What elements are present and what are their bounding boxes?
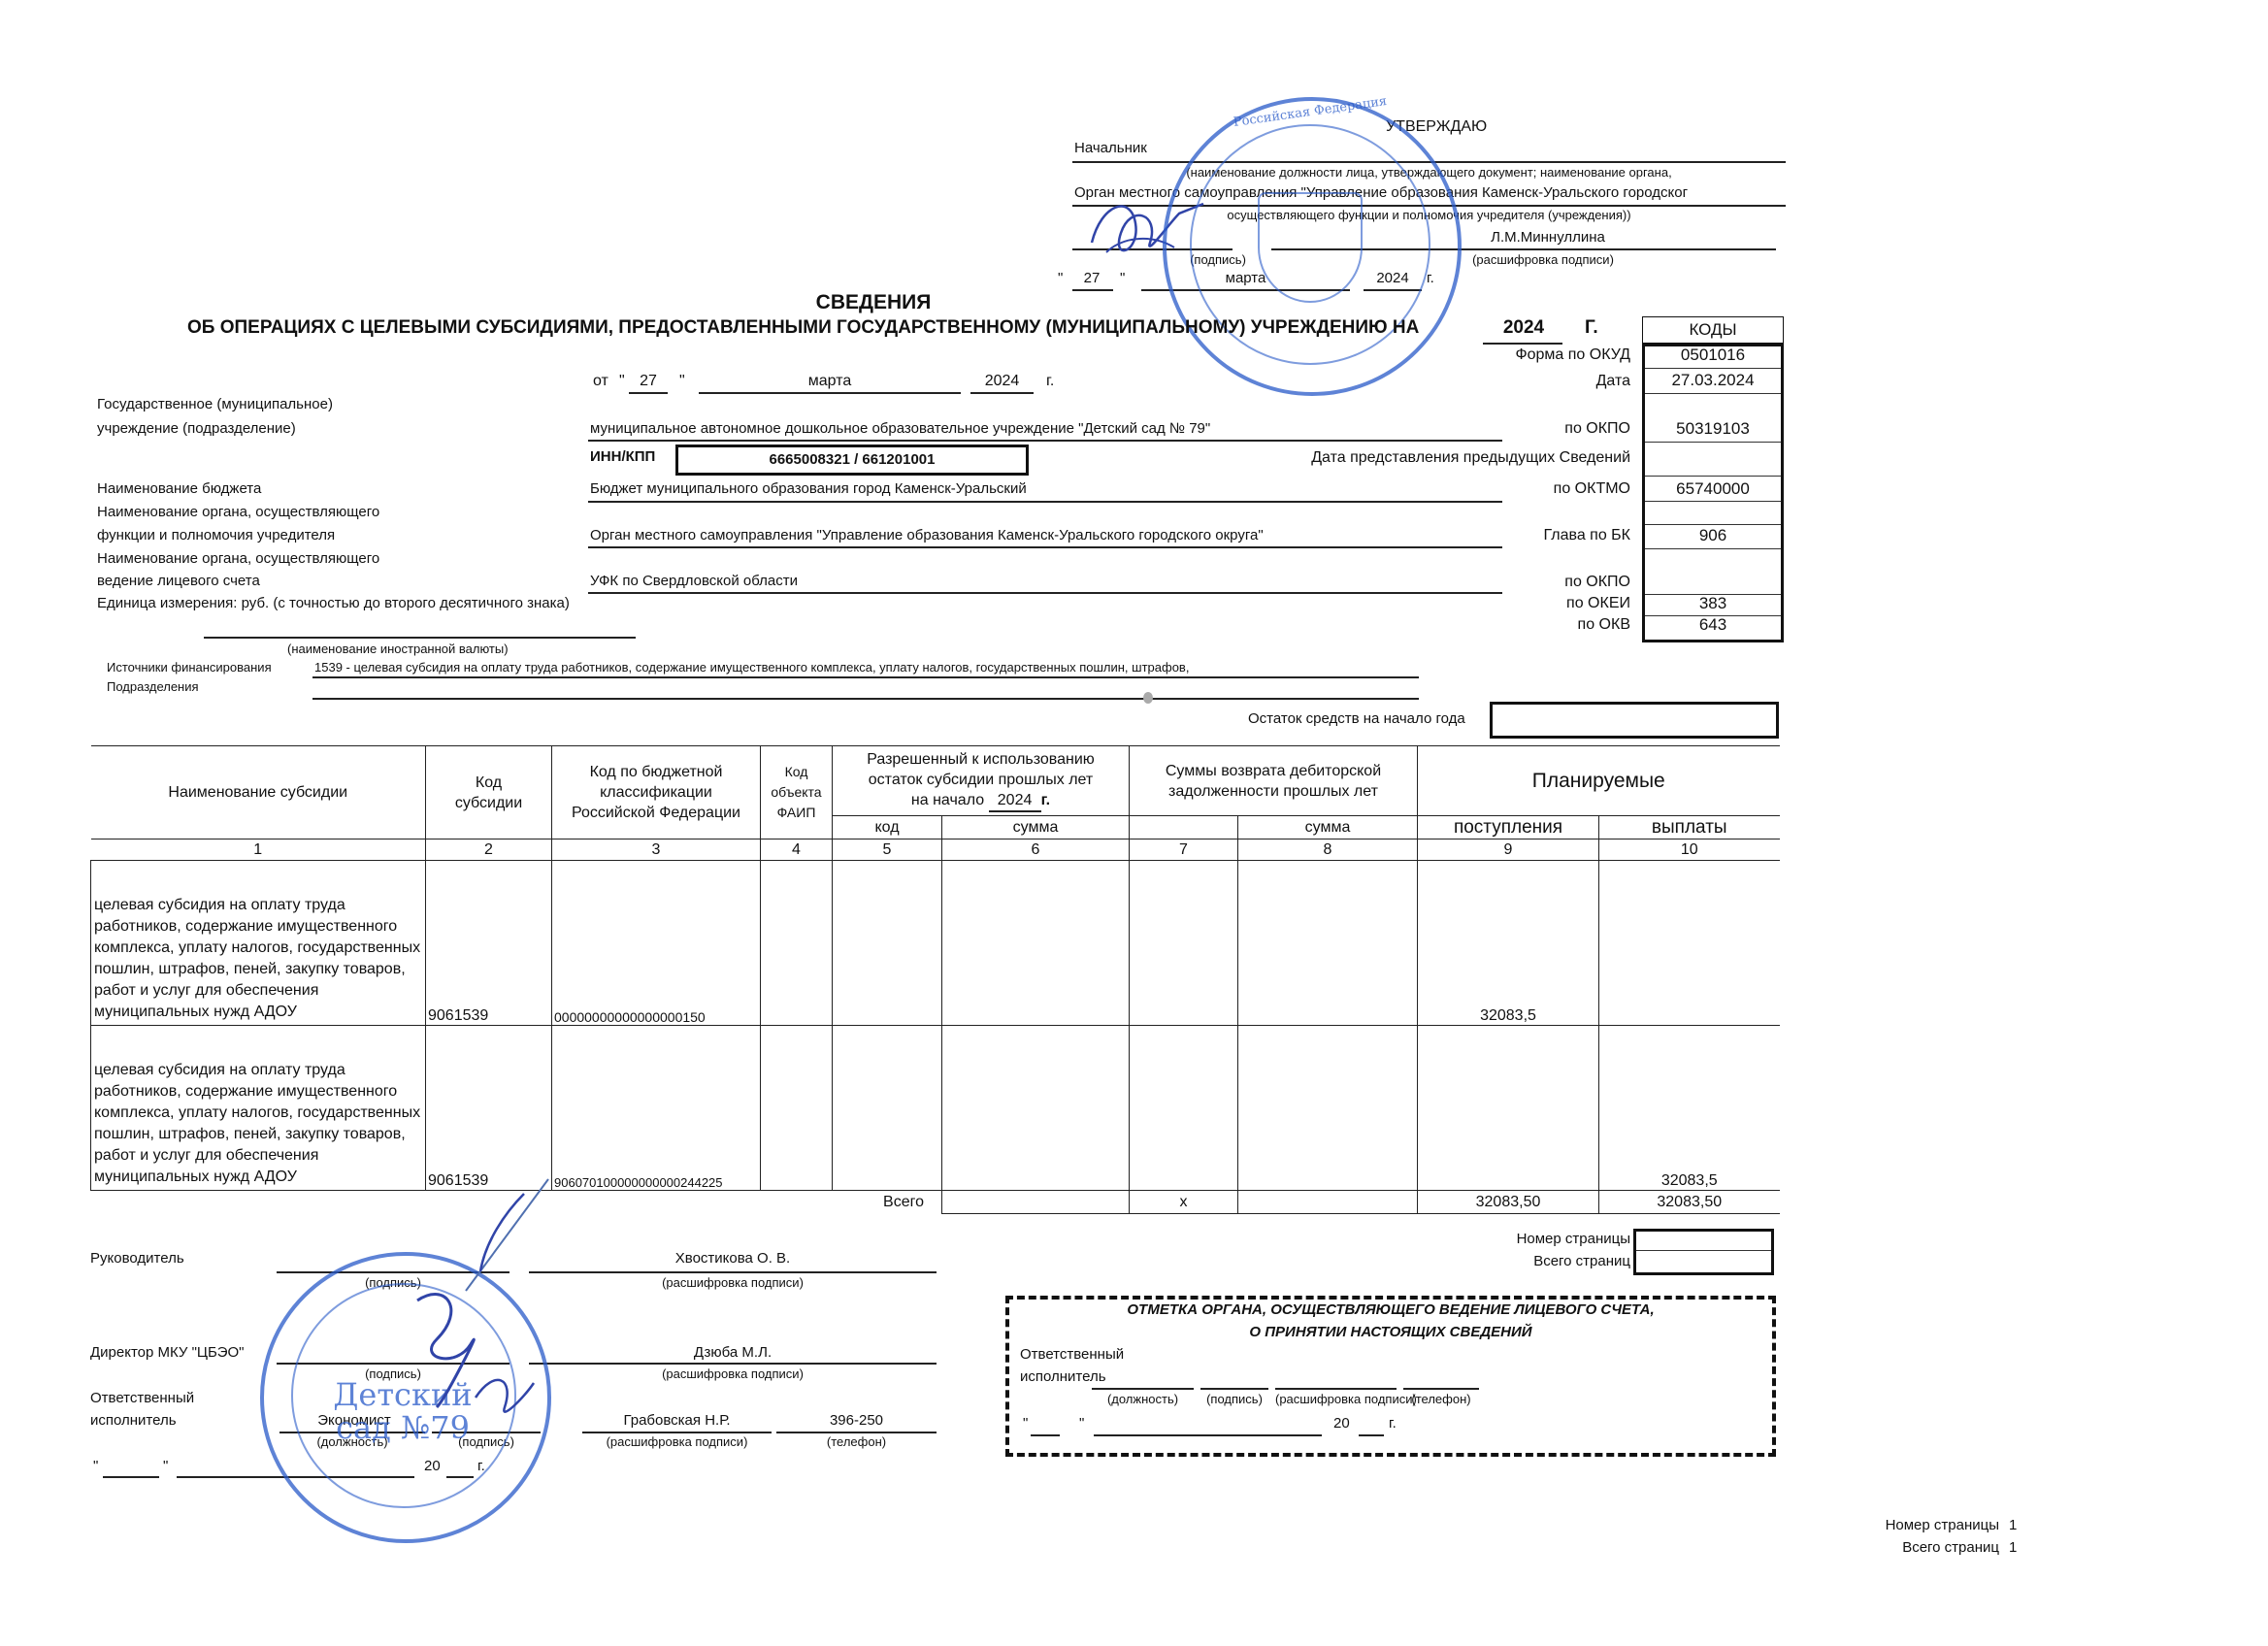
codes-header: КОДЫ <box>1643 317 1783 342</box>
divider <box>776 1432 937 1433</box>
header-planned: Планируемые <box>1418 746 1780 816</box>
director-name: Дзюба М.Л. <box>529 1344 937 1361</box>
footer-page-number-label: Номер страницы <box>1844 1517 1999 1533</box>
doc-title: СВЕДЕНИЯ <box>679 291 1068 314</box>
date-prefix: от <box>593 373 608 390</box>
subsidy-code: 9061539 <box>426 861 552 1026</box>
label-okv: по ОКВ <box>1339 616 1630 634</box>
total-row: Всего x 32083,50 32083,50 <box>91 1191 1780 1214</box>
approval-day: 27 <box>1072 270 1111 286</box>
header-code: код <box>833 816 942 839</box>
divider <box>529 1271 937 1273</box>
institution-value: муниципальное автономное дошкольное обра… <box>590 420 1210 437</box>
header-subsidy-name: Наименование субсидии <box>91 746 426 839</box>
executor-label-2: исполнитель <box>90 1412 177 1429</box>
founder-label-2: функции и полномочия учредителя <box>97 527 335 543</box>
head-name: Хвостикова О. В. <box>529 1250 937 1267</box>
divider <box>588 501 1502 503</box>
header-remaining-text: Разрешенный к использованию остаток субс… <box>835 749 1127 790</box>
total-payments: 32083,50 <box>1599 1191 1780 1214</box>
label-okpo: по ОКПО <box>1339 420 1630 438</box>
approver-position: Начальник <box>1074 140 1147 156</box>
divider <box>588 440 1502 442</box>
divider <box>582 1432 772 1433</box>
subsidy-code: 9061539 <box>426 1026 552 1191</box>
inn-label: ИНН/КПП <box>590 448 655 465</box>
balance-label: Остаток средств на начало года <box>1248 710 1465 727</box>
budget-label: Наименование бюджета <box>97 480 261 497</box>
bcc-code: 00000000000000000150 <box>552 861 761 1026</box>
code-okud: 0501016 <box>1645 346 1781 365</box>
treasury-title-2: О ПРИНЯТИИ НАСТОЯЩИХ СВЕДЕНИЙ <box>1005 1324 1776 1340</box>
subsidy-name: целевая субсидия на оплату труда работни… <box>91 861 426 1026</box>
date-day: 27 <box>629 373 668 390</box>
label-date: Дата <box>1339 373 1630 390</box>
label-okud: Форма по ОКУД <box>1339 346 1630 364</box>
unit-label: Единица измерения: руб. (с точностью до … <box>97 595 570 611</box>
divider <box>588 546 1502 548</box>
inn-box: 6665008321 / 661201001 <box>675 444 1029 476</box>
header-bcc: Код по бюджетной классификации Российско… <box>552 746 761 839</box>
payments-value: 32083,5 <box>1599 1026 1780 1191</box>
header-remaining-year: на начало 2024г. <box>835 790 1127 812</box>
budget-value: Бюджет муниципального образования город … <box>590 480 1027 497</box>
header-subsidy-code: Код субсидии <box>426 746 552 839</box>
quote-open: " <box>1058 270 1063 286</box>
divider <box>629 392 668 394</box>
doc-year-suffix: Г. <box>1585 317 1598 339</box>
divider <box>1483 343 1562 345</box>
institution-label-1: Государственное (муниципальное) <box>97 396 333 412</box>
institution-label-2: учреждение (подразделение) <box>97 420 296 437</box>
label-glava-bk: Глава по БК <box>1339 527 1630 544</box>
director-label: Директор МКУ "ЦБЭО" <box>90 1344 244 1361</box>
divider <box>588 592 1502 594</box>
inn-value: 6665008321 / 661201001 <box>678 447 1026 473</box>
label-oktmo: по ОКТМО <box>1339 480 1630 498</box>
header-payments: выплаты <box>1599 816 1780 839</box>
founder-label-1: Наименование органа, осуществляющего <box>97 504 379 520</box>
executor-label-1: Ответственный <box>90 1390 194 1406</box>
payments-value <box>1599 861 1780 1026</box>
header-remaining: Разрешенный к использованию остаток субс… <box>833 746 1130 816</box>
bcc-code: 906070100000000000244225 <box>552 1026 761 1191</box>
subsidies-table: Наименование субсидии Код субсидии Код п… <box>90 745 1780 1214</box>
executor-name: Грабовская Н.Р. <box>582 1412 772 1429</box>
label-prev-date: Дата представления предыдущих Сведений <box>1242 449 1630 467</box>
doc-subtitle: ОБ ОПЕРАЦИЯХ С ЦЕЛЕВЫМИ СУБСИДИЯМИ, ПРЕД… <box>187 317 1419 339</box>
footer-page-number: 1 <box>2009 1517 2017 1533</box>
header-receivables: Суммы возврата дебиторской задолженности… <box>1130 746 1418 816</box>
codes-header-cell: КОДЫ <box>1642 316 1784 344</box>
table-row: целевая субсидия на оплату труда работни… <box>91 861 1780 1026</box>
code-okei: 383 <box>1645 594 1781 613</box>
footer-total-pages-label: Всего страниц <box>1844 1539 1999 1556</box>
code-okv: 643 <box>1645 615 1781 635</box>
account-value: УФК по Свердловской области <box>590 573 798 589</box>
currency-caption: (наименование иностранной валюты) <box>287 642 509 656</box>
divider <box>312 676 1419 678</box>
receipts-value: 32083,5 <box>1418 861 1599 1026</box>
column-numbers-row: 1 2 3 4 5 6 7 8 9 10 <box>91 839 1780 861</box>
total-c7: x <box>1130 1191 1238 1214</box>
coat-of-arms-icon <box>1258 192 1363 303</box>
label-okei: по ОКЕИ <box>1339 595 1630 612</box>
treasury-title-1: ОТМЕТКА ОРГАНА, ОСУЩЕСТВЛЯЮЩЕГО ВЕДЕНИЕ … <box>1005 1301 1776 1318</box>
account-label-1: Наименование органа, осуществляющего <box>97 550 379 567</box>
subsidy-name: целевая субсидия на оплату труда работни… <box>91 1026 426 1191</box>
code-okpo: 50319103 <box>1645 419 1781 439</box>
total-receipts: 32083,50 <box>1418 1191 1599 1214</box>
account-label-2: ведение лицевого счета <box>97 573 260 589</box>
total-pages-label: Всего страниц <box>1339 1253 1630 1269</box>
head-label: Руководитель <box>90 1250 184 1267</box>
treasury-mark-box <box>1005 1296 1776 1457</box>
executor-phone: 396-250 <box>776 1412 937 1429</box>
division-line <box>312 698 1419 700</box>
signature-scribble <box>378 1174 573 1436</box>
date-month: марта <box>699 373 961 390</box>
header-c7 <box>1130 816 1238 839</box>
code-oktmo: 65740000 <box>1645 479 1781 499</box>
page-number-label: Номер страницы <box>1339 1231 1630 1247</box>
quote-close: " <box>1120 270 1125 286</box>
divider <box>699 392 961 394</box>
currency-line <box>204 637 636 639</box>
code-glava-bk: 906 <box>1645 526 1781 545</box>
label-okpo-2: по ОКПО <box>1339 574 1630 591</box>
date-year: 2024 <box>970 373 1034 390</box>
sources-value: 1539 - целевая субсидия на оплату труда … <box>314 660 1189 675</box>
date-suffix: г. <box>1046 373 1054 390</box>
scan-dot <box>1143 692 1153 704</box>
divider <box>529 1363 937 1365</box>
page-box <box>1633 1229 1774 1275</box>
doc-year: 2024 <box>1490 317 1558 339</box>
table-row: целевая субсидия на оплату труда работни… <box>91 1026 1780 1191</box>
division-label: Подразделения <box>107 679 199 694</box>
divider <box>1072 289 1113 291</box>
header-faip: Код объекта ФАИП <box>761 746 833 839</box>
divider <box>970 392 1034 394</box>
sources-label: Источники финансирования <box>107 660 272 675</box>
receipts-value <box>1418 1026 1599 1191</box>
founder-value: Орган местного самоуправления "Управлени… <box>590 527 1264 543</box>
code-date: 27.03.2024 <box>1645 371 1781 390</box>
footer-total-pages: 1 <box>2009 1539 2017 1556</box>
balance-field[interactable] <box>1490 702 1779 739</box>
header-sum: сумма <box>942 816 1130 839</box>
header-receipts: поступления <box>1418 816 1599 839</box>
header-sum-2: сумма <box>1238 816 1418 839</box>
